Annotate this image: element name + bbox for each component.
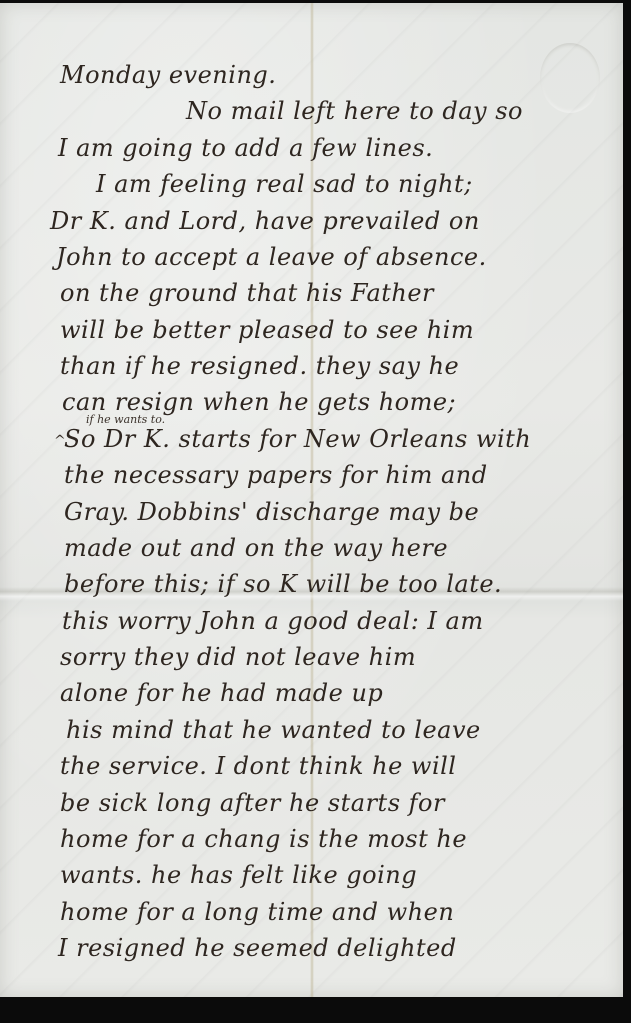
embossed-stamp-mark [540,43,600,113]
letter-line: be sick long after he starts for [60,789,445,817]
letter-line: than if he resigned. they say he [60,352,459,380]
letter-line: home for a chang is the most he [60,825,467,853]
letter-line: I am going to add a few lines. [58,134,433,162]
letter-line: So Dr K. starts for New Orleans with [64,425,531,453]
letter-line-heading: Monday evening. [60,61,276,89]
letter-line: the service. I dont think he will [60,752,456,780]
letter-page: if he wants to. ^ Monday evening.No mail… [0,3,623,997]
letter-line: No mail left here to day so [186,97,523,125]
letter-line: John to accept a leave of absence. [56,243,487,271]
letter-line: will be better pleased to see him [60,316,474,344]
letter-line: I resigned he seemed delighted [58,934,457,962]
letter-line: the necessary papers for him and [64,461,488,489]
letter-line: his mind that he wanted to leave [66,716,481,744]
letter-line: made out and on the way here [64,534,448,562]
letter-line: before this; if so K will be too late. [64,570,502,598]
letter-line: alone for he had made up [60,679,383,707]
letter-line: can resign when he gets home; [62,388,456,416]
letter-line: on the ground that his Father [60,279,434,307]
letter-line: this worry John a good deal: I am [62,607,484,635]
letter-line: wants. he has felt like going [60,861,417,889]
letter-line: I am feeling real sad to night; [96,170,473,198]
letter-line: sorry they did not leave him [60,643,416,671]
letter-line: Gray. Dobbins' discharge may be [64,498,479,526]
letter-line: home for a long time and when [60,898,454,926]
letter-line: Dr K. and Lord, have prevailed on [50,207,480,235]
